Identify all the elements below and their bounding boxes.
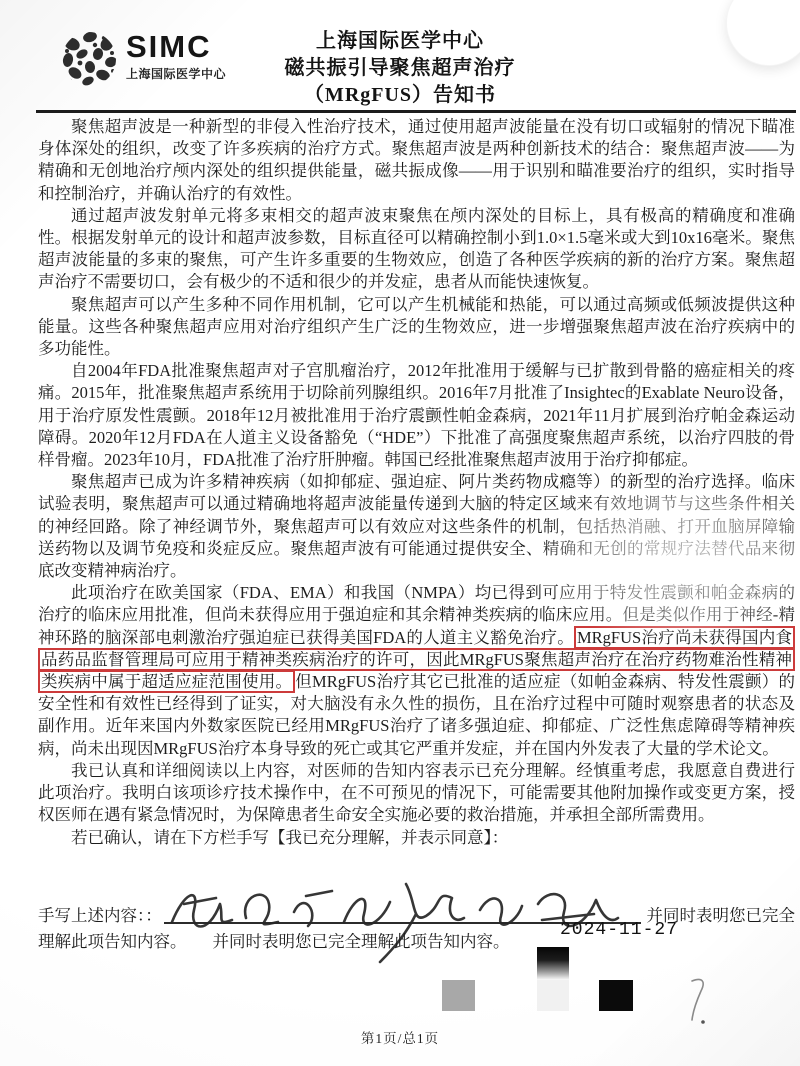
calibration-light-patch — [537, 980, 569, 1011]
understand-note-left: 理解此项告知内容。 — [38, 928, 187, 952]
calibration-gradient-patch — [537, 947, 569, 980]
paragraph: 聚焦超声可以产生多种不同作用机制，它可以产生机械能和热能，可以通过高频或低频波提… — [38, 294, 795, 361]
paragraph: 我已认真和详细阅读以上内容，对医师的告知内容表示已充分理解。经慎重考虑，我愿意自… — [38, 760, 795, 827]
paragraph-text: 聚焦超声可以产生多种不同作用机制，它可以产生机械能和热能，可以通过高频或低频波提… — [38, 295, 795, 358]
title-line-2: 磁共振引导聚焦超声治疗 — [0, 55, 800, 82]
paragraph: 聚焦超声波是一种新型的非侵入性治疗技术，通过使用超声波能量在没有切口或辐射的情况… — [38, 116, 795, 205]
title-divider-rule — [36, 110, 796, 113]
handwrite-label: 手写上述内容：： — [38, 902, 162, 928]
paragraph: 此项治疗在欧美国家（FDA、EMA）和我国（NMPA）均已得到可应用于特发性震颤… — [38, 582, 795, 760]
paragraph-text: 我已认真和详细阅读以上内容，对医师的告知内容表示已充分理解。经慎重考虑，我愿意自… — [38, 761, 795, 824]
paragraph: 通过超声波发射单元将多束相交的超声波束聚焦在颅内深处的目标上，具有极高的精确度和… — [38, 205, 795, 294]
consent-date: 2024-11-27 — [560, 920, 678, 940]
title-line-3: （MRgFUS）告知书 — [0, 82, 800, 109]
document-body: 聚焦超声波是一种新型的非侵入性治疗技术，通过使用超声波能量在没有切口或辐射的情况… — [38, 116, 795, 849]
title-line-1: 上海国际医学中心 — [0, 28, 800, 55]
page-number: 第1页/总1页 — [0, 1027, 800, 1047]
calibration-gray-patch — [442, 980, 475, 1011]
paragraph-text: 通过超声波发射单元将多束相交的超声波束聚焦在颅内深处的目标上，具有极高的精确度和… — [38, 206, 795, 292]
paragraph-text: 自2004年FDA批准聚焦超声对子宫肌瘤治疗，2012年批准用于缓解与已扩散到骨… — [38, 361, 795, 469]
scanned-document-page: SIMC 上海国际医学中心 上海国际医学中心 磁共振引导聚焦超声治疗 （MRgF… — [0, 0, 800, 1066]
paragraph-text: 聚焦超声已成为许多精神疾病（如抑郁症、强迫症、阿片类药物成瘾等）的新型的治疗选择… — [38, 472, 795, 580]
paragraph-text: 若已确认，请在下方栏手写【我已充分理解，并表示同意】： — [71, 828, 508, 847]
signature-row-2: 理解此项告知内容。 并同时表明您已完全理解此项告知内容。 2024-11-27 — [38, 928, 795, 952]
pen-mark-7 — [678, 975, 712, 1029]
paragraph: 若已确认，请在下方栏手写【我已充分理解，并表示同意】： — [38, 827, 795, 849]
paragraph-text: 聚焦超声波是一种新型的非侵入性治疗技术，通过使用超声波能量在没有切口或辐射的情况… — [38, 117, 795, 203]
understand-note-mid: 并同时表明您已完全理解此项告知内容。 — [213, 928, 510, 952]
calibration-black-patch — [599, 980, 633, 1011]
paragraph: 聚焦超声已成为许多精神疾病（如抑郁症、强迫症、阿片类药物成瘾等）的新型的治疗选择… — [38, 471, 795, 582]
paragraph: 自2004年FDA批准聚焦超声对子宫肌瘤治疗，2012年批准用于缓解与已扩散到骨… — [38, 360, 795, 471]
signature-row: 手写上述内容：： 并同时表明您已完全 — [38, 898, 795, 928]
document-title: 上海国际医学中心 磁共振引导聚焦超声治疗 （MRgFUS）告知书 — [0, 28, 800, 109]
